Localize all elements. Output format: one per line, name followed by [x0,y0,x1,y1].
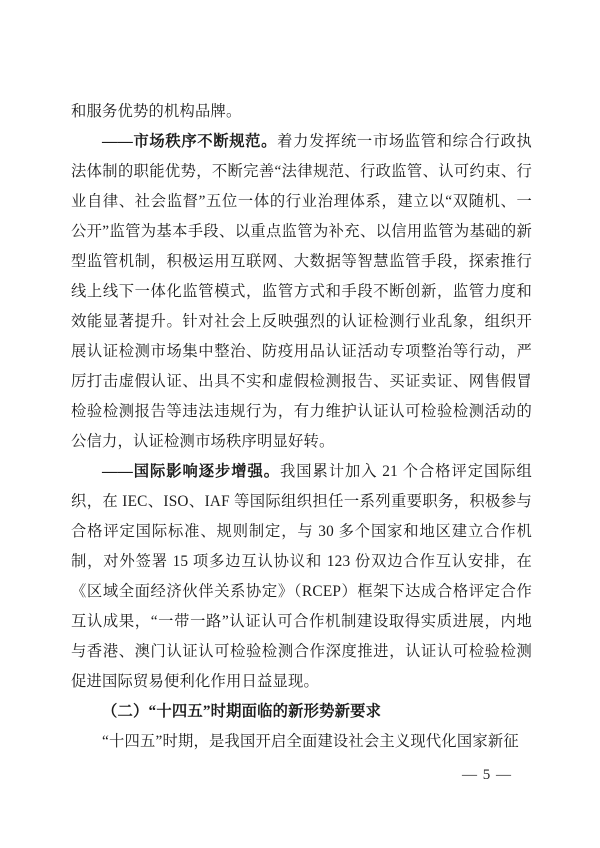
document-page: 和服务优势的机构品牌。 ——市场秩序不断规范。着力发挥统一市场监管和综合行政执法… [0,0,600,848]
paragraph-international-influence-text: 我国累计加入 21 个合格评定国际组织，在 IEC、ISO、IAF 等国际组织担… [71,463,532,690]
paragraph-new-journey: “十四五”时期，是我国开启全面建设社会主义现代化国家新征 [71,727,532,757]
paragraph-international-influence-lead: ——国际影响逐步增强。 [102,463,280,480]
paragraph-market-order-text: 着力发挥统一市场监管和综合行政执法体制的职能优势，不断完善“法律规范、行政监管、… [71,133,532,450]
section-heading: （二）“十四五”时期面临的新形势新要求 [71,697,532,727]
paragraph-continuation: 和服务优势的机构品牌。 [71,97,532,127]
paragraph-market-order-lead: ——市场秩序不断规范。 [102,133,277,150]
paragraph-market-order: ——市场秩序不断规范。着力发挥统一市场监管和综合行政执法体制的职能优势，不断完善… [71,127,532,457]
paragraph-international-influence: ——国际影响逐步增强。我国累计加入 21 个合格评定国际组织，在 IEC、ISO… [71,457,532,697]
document-body: 和服务优势的机构品牌。 ——市场秩序不断规范。着力发挥统一市场监管和综合行政执法… [71,97,532,757]
page-number: — 5 — [462,766,512,784]
